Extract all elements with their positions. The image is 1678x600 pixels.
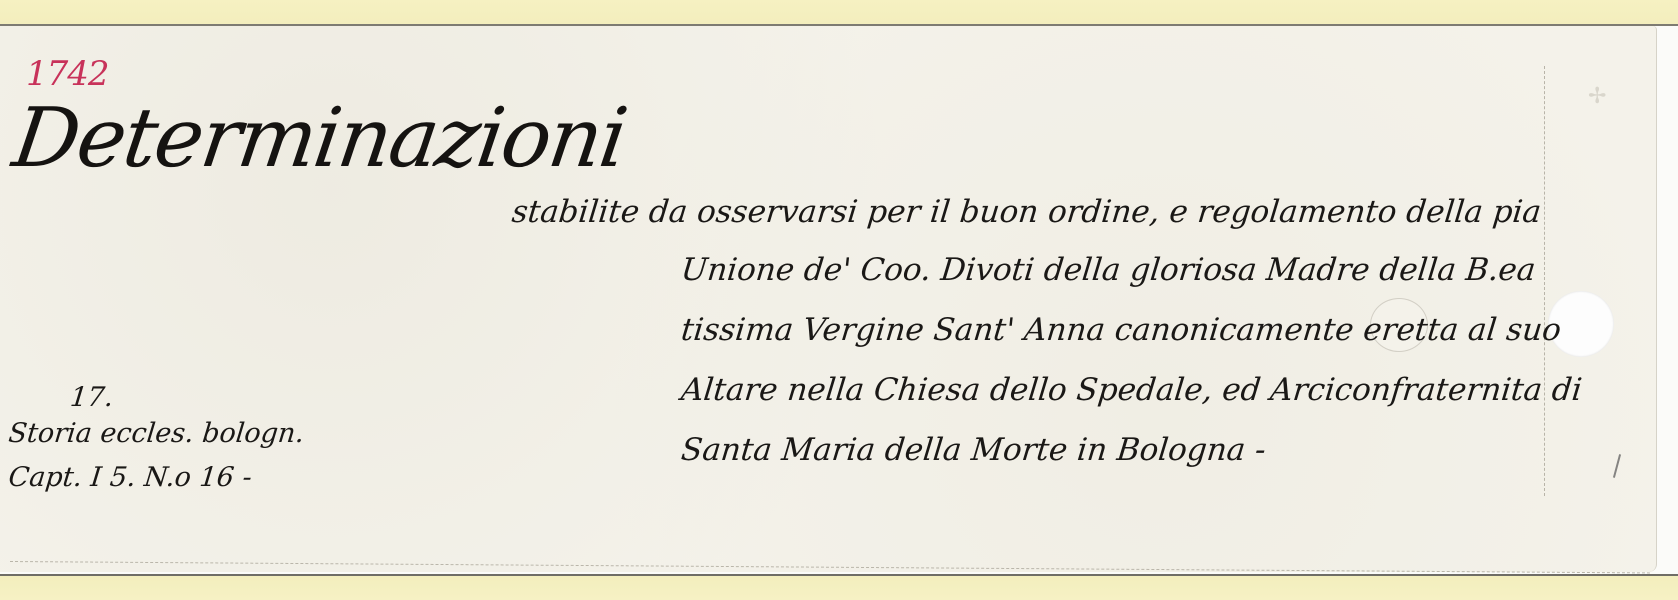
body-line: tissima Vergine Sant' Anna canonicamente… [677,312,1584,372]
backing-strip-bottom [0,576,1678,600]
pencil-mark [1613,454,1621,478]
emboss-mark-icon: ✢ [1588,84,1606,109]
manuscript-card: ✢ 1742 Determinazioni stabilite da osser… [0,26,1657,572]
citation-line: Capt. I 5. N.o 16 - [6,462,306,506]
backing-strip-top [0,0,1678,24]
fold-line-horizontal [10,561,1650,573]
body-line: Unione de' Coo. Divoti della gloriosa Ma… [677,252,1584,312]
margin-citation: 17. Storia eccles. bologn. Capt. I 5. N.… [8,382,303,506]
citation-line: Storia eccles. bologn. [6,418,306,462]
body-line: Altare nella Chiesa dello Spedale, ed Ar… [677,372,1584,432]
body-text: Unione de' Coo. Divoti della gloriosa Ma… [680,252,1581,492]
document-title: Determinazioni [8,98,630,180]
body-line: Santa Maria della Morte in Bologna - [677,432,1584,492]
citation-number: 17. [6,382,305,418]
catalog-number: 1742 [26,54,109,94]
body-line: stabilite da osservarsi per il buon ordi… [510,194,1543,230]
